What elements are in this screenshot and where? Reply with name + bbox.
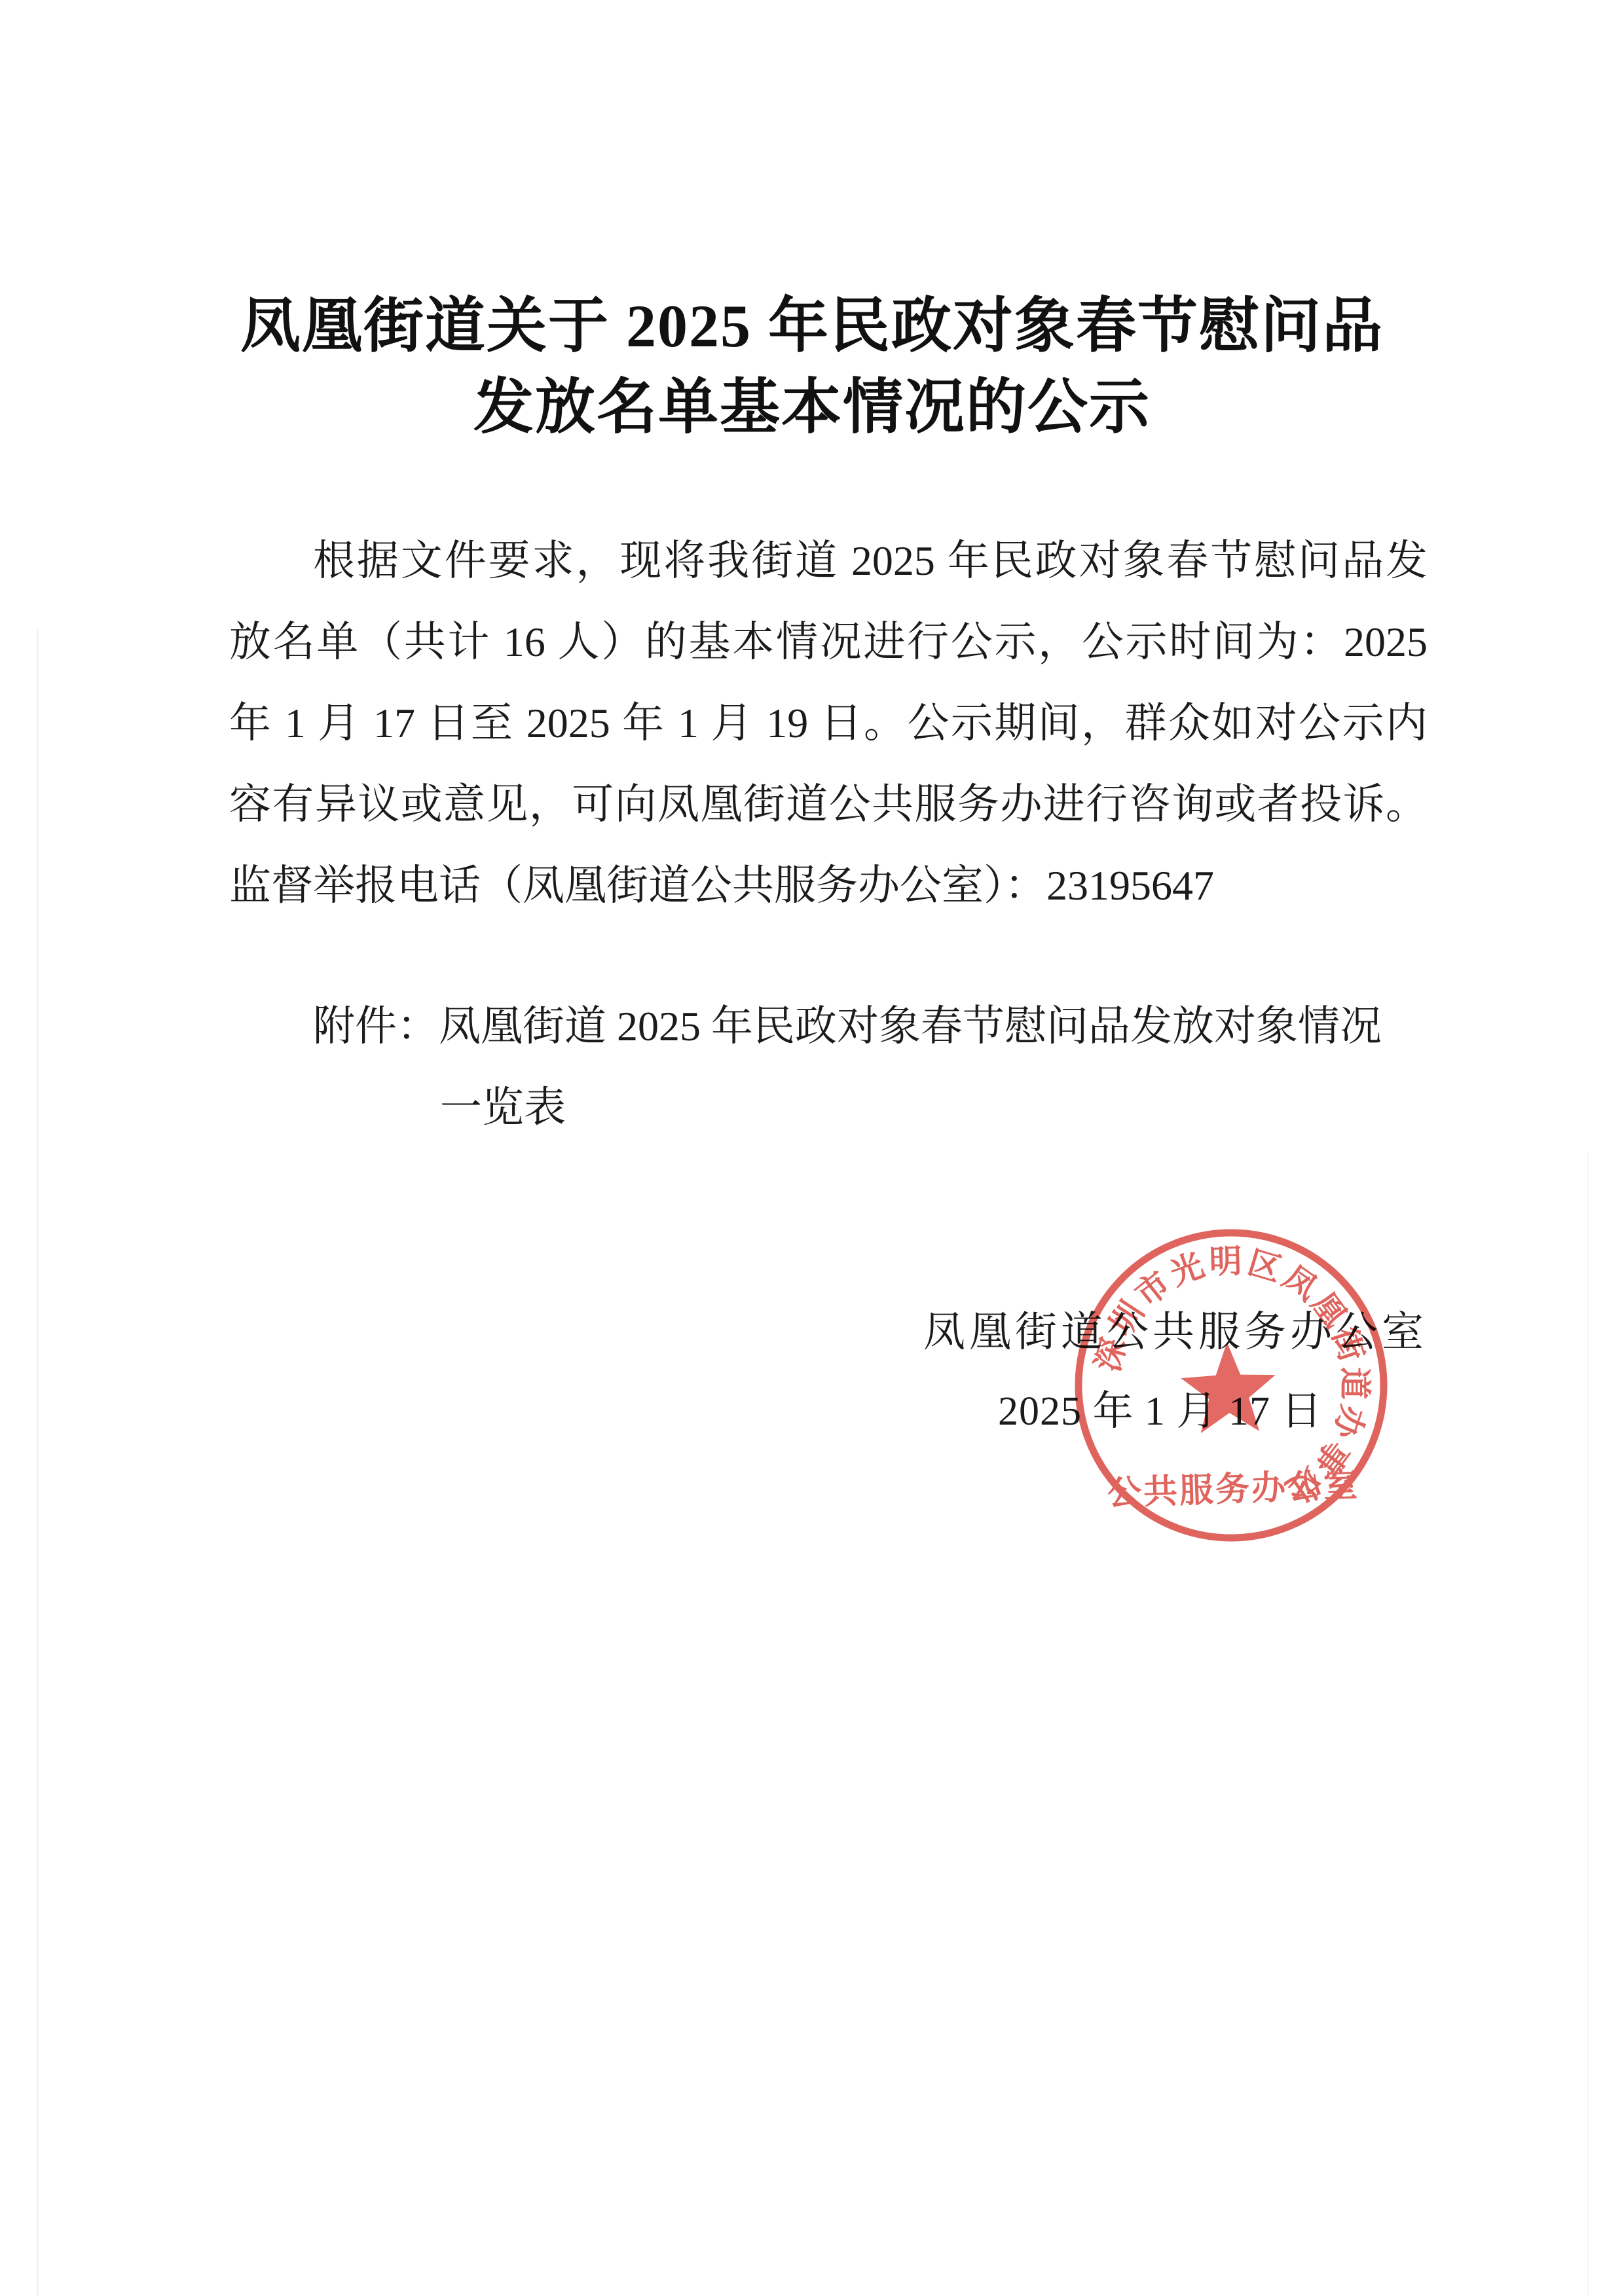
- attachment-note-line2: 一览表: [440, 1085, 566, 1129]
- signing-date: 2025 年 1 月 17 日: [998, 1391, 1323, 1433]
- body-paragraph-line: 监督举报电话（凤凰街道公共服务办公室）：23195647: [229, 864, 1428, 911]
- official-seal-group: 深圳市光明区凤凰街道办事处 公共服务办公室: [1073, 1228, 1389, 1543]
- body-paragraph-line: 容有异议或意见，可向凤凰街道公共服务办进行咨询或者投诉。: [229, 782, 1428, 829]
- document-page: 凤凰街道关于 2025 年民政对象春节慰问品 发放名单基本情况的公示 根据文件要…: [0, 0, 1624, 2296]
- document-title-line2: 发放名单基本情况的公示: [0, 376, 1624, 439]
- body-paragraph-line: 根据文件要求，现将我街道 2025 年民政对象春节慰问品发: [229, 539, 1428, 586]
- signing-office: 凤凰街道公共服务办公室: [923, 1310, 1428, 1354]
- attachment-note-line1: 附件：凤凰街道 2025 年民政对象春节慰问品发放对象情况: [313, 1004, 1382, 1048]
- seal-ring-text: 深圳市光明区凤凰街道办事处: [1085, 1238, 1378, 1519]
- scan-artifact-line: [1587, 1152, 1589, 2296]
- document-title-line1: 凤凰街道关于 2025 年民政对象春节慰问品: [0, 295, 1624, 358]
- scan-artifact-line: [37, 629, 39, 2296]
- seal-ring: [1073, 1228, 1389, 1543]
- seal-ring-text-holder: 深圳市光明区凤凰街道办事处: [1085, 1238, 1378, 1519]
- body-paragraph-line: 放名单（共计 16 人）的基本情况进行公示，公示时间为：2025: [229, 620, 1428, 667]
- body-paragraph-line: 年 1 月 17 日至 2025 年 1 月 19 日。公示期间，群众如对公示内: [229, 701, 1428, 748]
- seal-bottom-text: 公共服务办公室: [1107, 1466, 1360, 1512]
